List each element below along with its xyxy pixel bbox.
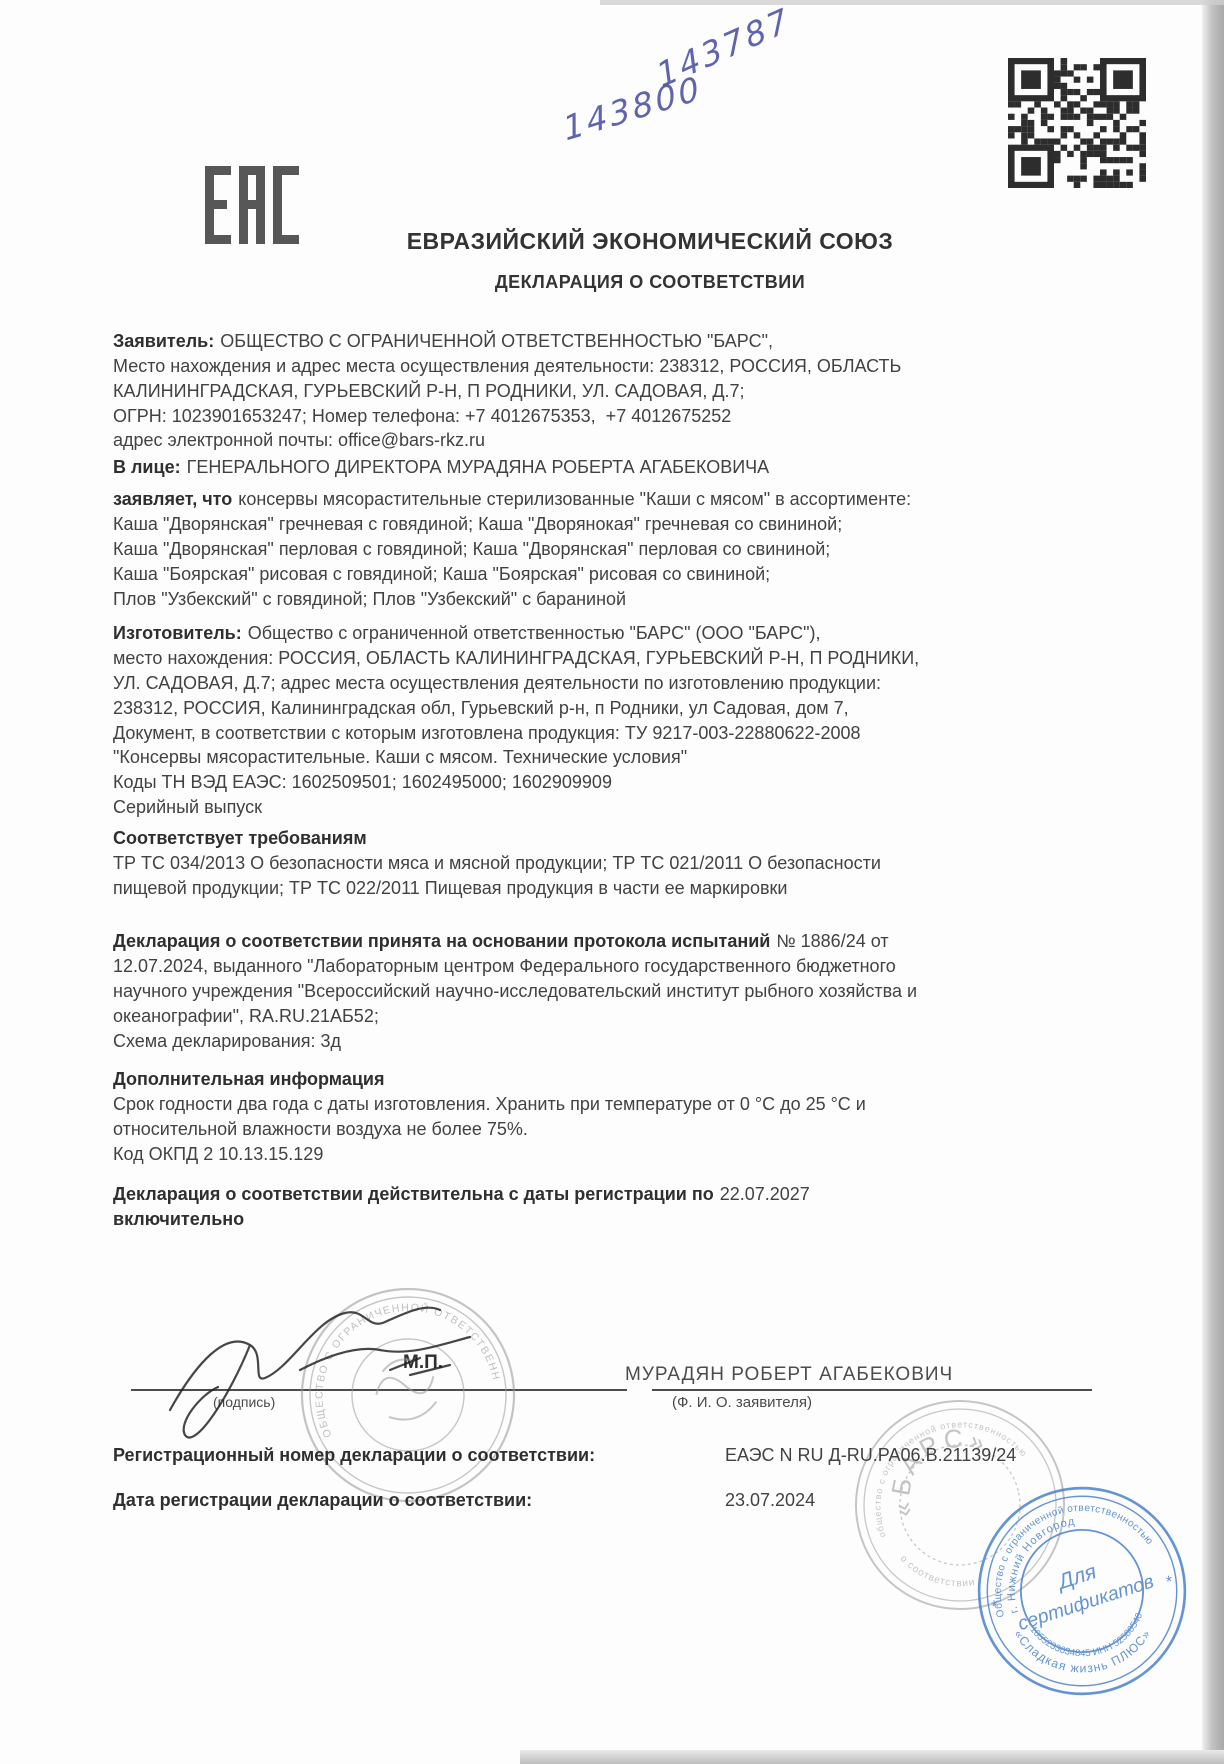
protocol-number: № 1886/24 от <box>776 931 888 951</box>
registration-date-value: 23.07.2024 <box>725 1488 815 1513</box>
applicant-address-2: КАЛИНИНГРАДСКАЯ, ГУРЬЕВСКИЙ Р-Н, П РОДНИ… <box>113 379 745 404</box>
validity-label: Декларация о соответствии действительна … <box>113 1184 720 1204</box>
manufacturer-address-3: 238312, РОССИЯ, Калининградская обл, Гур… <box>113 696 849 721</box>
registration-number-label: Регистрационный номер декларации о соотв… <box>113 1443 595 1468</box>
applicant-line: Заявитель:ОБЩЕСТВО С ОГРАНИЧЕННОЙ ОТВЕТС… <box>113 329 773 354</box>
manufacturer-label: Изготовитель: <box>113 623 248 643</box>
document-title: ДЕКЛАРАЦИЯ О СООТВЕТСТВИИ <box>180 272 1120 293</box>
tnved-codes: Коды ТН ВЭД ЕАЭС: 1602509501; 1602495000… <box>113 770 612 795</box>
manufacturer-address-2: УЛ. САДОВАЯ, Д.7; адрес места осуществле… <box>113 671 881 696</box>
product-line-1: Каша "Дворянская" гречневая с говядиной;… <box>113 512 842 537</box>
product-line-4: Плов "Узбекский" с говядиной; Плов "Узбе… <box>113 587 626 612</box>
applicant-ogrn: ОГРН: 1023901653247; Номер телефона: +7 … <box>113 404 731 429</box>
registration-number-value: ЕАЭС N RU Д-RU.РА06.В.21139/24 <box>725 1443 1016 1468</box>
handwritten-number-2: 143800 <box>560 68 705 149</box>
basis-line-3: научного учреждения "Всероссийский научн… <box>113 979 917 1004</box>
manufacturer-name: Общество с ограниченной ответственностью… <box>248 623 821 643</box>
applicant-address-1: Место нахождения и адрес места осуществл… <box>113 354 901 379</box>
compliance-line-1: ТР ТС 034/2013 О безопасности мяса и мяс… <box>113 851 881 876</box>
product-line-2: Каша "Дворянская" перловая с говядиной; … <box>113 537 830 562</box>
person-label: В лице: <box>113 457 187 477</box>
validity-line: Декларация о соответствии действительна … <box>113 1182 810 1207</box>
basis-line-2: 12.07.2024, выданного "Лабораторным цент… <box>113 954 896 979</box>
scan-edge-bottom <box>520 1750 1224 1764</box>
product-line-3: Каша "Боярская" рисовая с говядиной; Каш… <box>113 562 770 587</box>
applicant-label: Заявитель: <box>113 331 220 351</box>
declaration-document: 143787 143800 EAC ЕВРАЗИЙСКИЙ ЭКОНОМИЧЕС… <box>0 0 1224 1764</box>
compliance-line-2: пищевой продукции; ТР ТС 022/2011 Пищева… <box>113 876 787 901</box>
declaration-scheme: Схема декларирования: 3д <box>113 1029 341 1054</box>
manufacturer-line: Изготовитель:Общество с ограниченной отв… <box>113 621 821 646</box>
applicant-name: ОБЩЕСТВО С ОГРАНИЧЕННОЙ ОТВЕТСТВЕННОСТЬЮ… <box>220 331 773 351</box>
applicant-email: адрес электронной почты: office@bars-rkz… <box>113 428 485 453</box>
blue-stamp-star-right: * <box>1165 1572 1174 1591</box>
scan-edge-top <box>600 0 1224 5</box>
person-line: В лице:ГЕНЕРАЛЬНОГО ДИРЕКТОРА МУРАДЯНА Р… <box>113 455 769 480</box>
svg-text:1055233034845 ИНН 5258054000: 1055233034845 ИНН 5258054000 <box>954 1466 1150 1674</box>
qr-code <box>1008 58 1146 188</box>
union-title: ЕВРАЗИЙСКИЙ ЭКОНОМИЧЕСКИЙ СОЮЗ <box>180 228 1120 255</box>
manufacturer-address-1: место нахождения: РОССИЯ, ОБЛАСТЬ КАЛИНИ… <box>113 646 919 671</box>
okpd-code: Код ОКПД 2 10.13.15.129 <box>113 1142 323 1167</box>
compliance-heading: Соответствует требованиям <box>113 826 367 851</box>
validity-date: 22.07.2027 <box>720 1184 810 1204</box>
additional-heading: Дополнительная информация <box>113 1067 384 1092</box>
scan-edge-right <box>1202 0 1224 1764</box>
serial-issue: Серийный выпуск <box>113 795 262 820</box>
person-name: ГЕНЕРАЛЬНОГО ДИРЕКТОРА МУРАДЯНА РОБЕРТА … <box>187 457 770 477</box>
fio-caption: (Ф. И. О. заявителя) <box>672 1394 812 1411</box>
declares-product: консервы мясорастительные стерилизованны… <box>238 489 911 509</box>
additional-line-1: Срок годности два года с даты изготовлен… <box>113 1092 866 1117</box>
additional-line-2: относительной влажности воздуха не более… <box>113 1117 528 1142</box>
validity-inclusive: включительно <box>113 1207 244 1232</box>
declares-label: заявляет, что <box>113 489 238 509</box>
blue-certificates-stamp: Общество с ограниченной ответственностью… <box>958 1467 1206 1715</box>
manufacturer-tu-name: "Консервы мясорастительные. Каши с мясом… <box>113 745 687 770</box>
declarant-name: МУРАДЯН РОБЕРТ АГАБЕКОВИЧ <box>625 1362 953 1387</box>
basis-line-4: океанографии", RA.RU.21АБ52; <box>113 1004 379 1029</box>
blue-stamp-arc-inn: 1055233034845 ИНН 5258054000 <box>954 1466 1150 1674</box>
basis-line: Декларация о соответствии принята на осн… <box>113 929 889 954</box>
manufacturer-document: Документ, в соответствии с которым изгот… <box>113 721 861 746</box>
declares-line: заявляет, чтоконсервы мясорастительные с… <box>113 487 911 512</box>
basis-label: Декларация о соответствии принята на осн… <box>113 931 776 951</box>
registration-date-label: Дата регистрации декларации о соответств… <box>113 1488 532 1513</box>
